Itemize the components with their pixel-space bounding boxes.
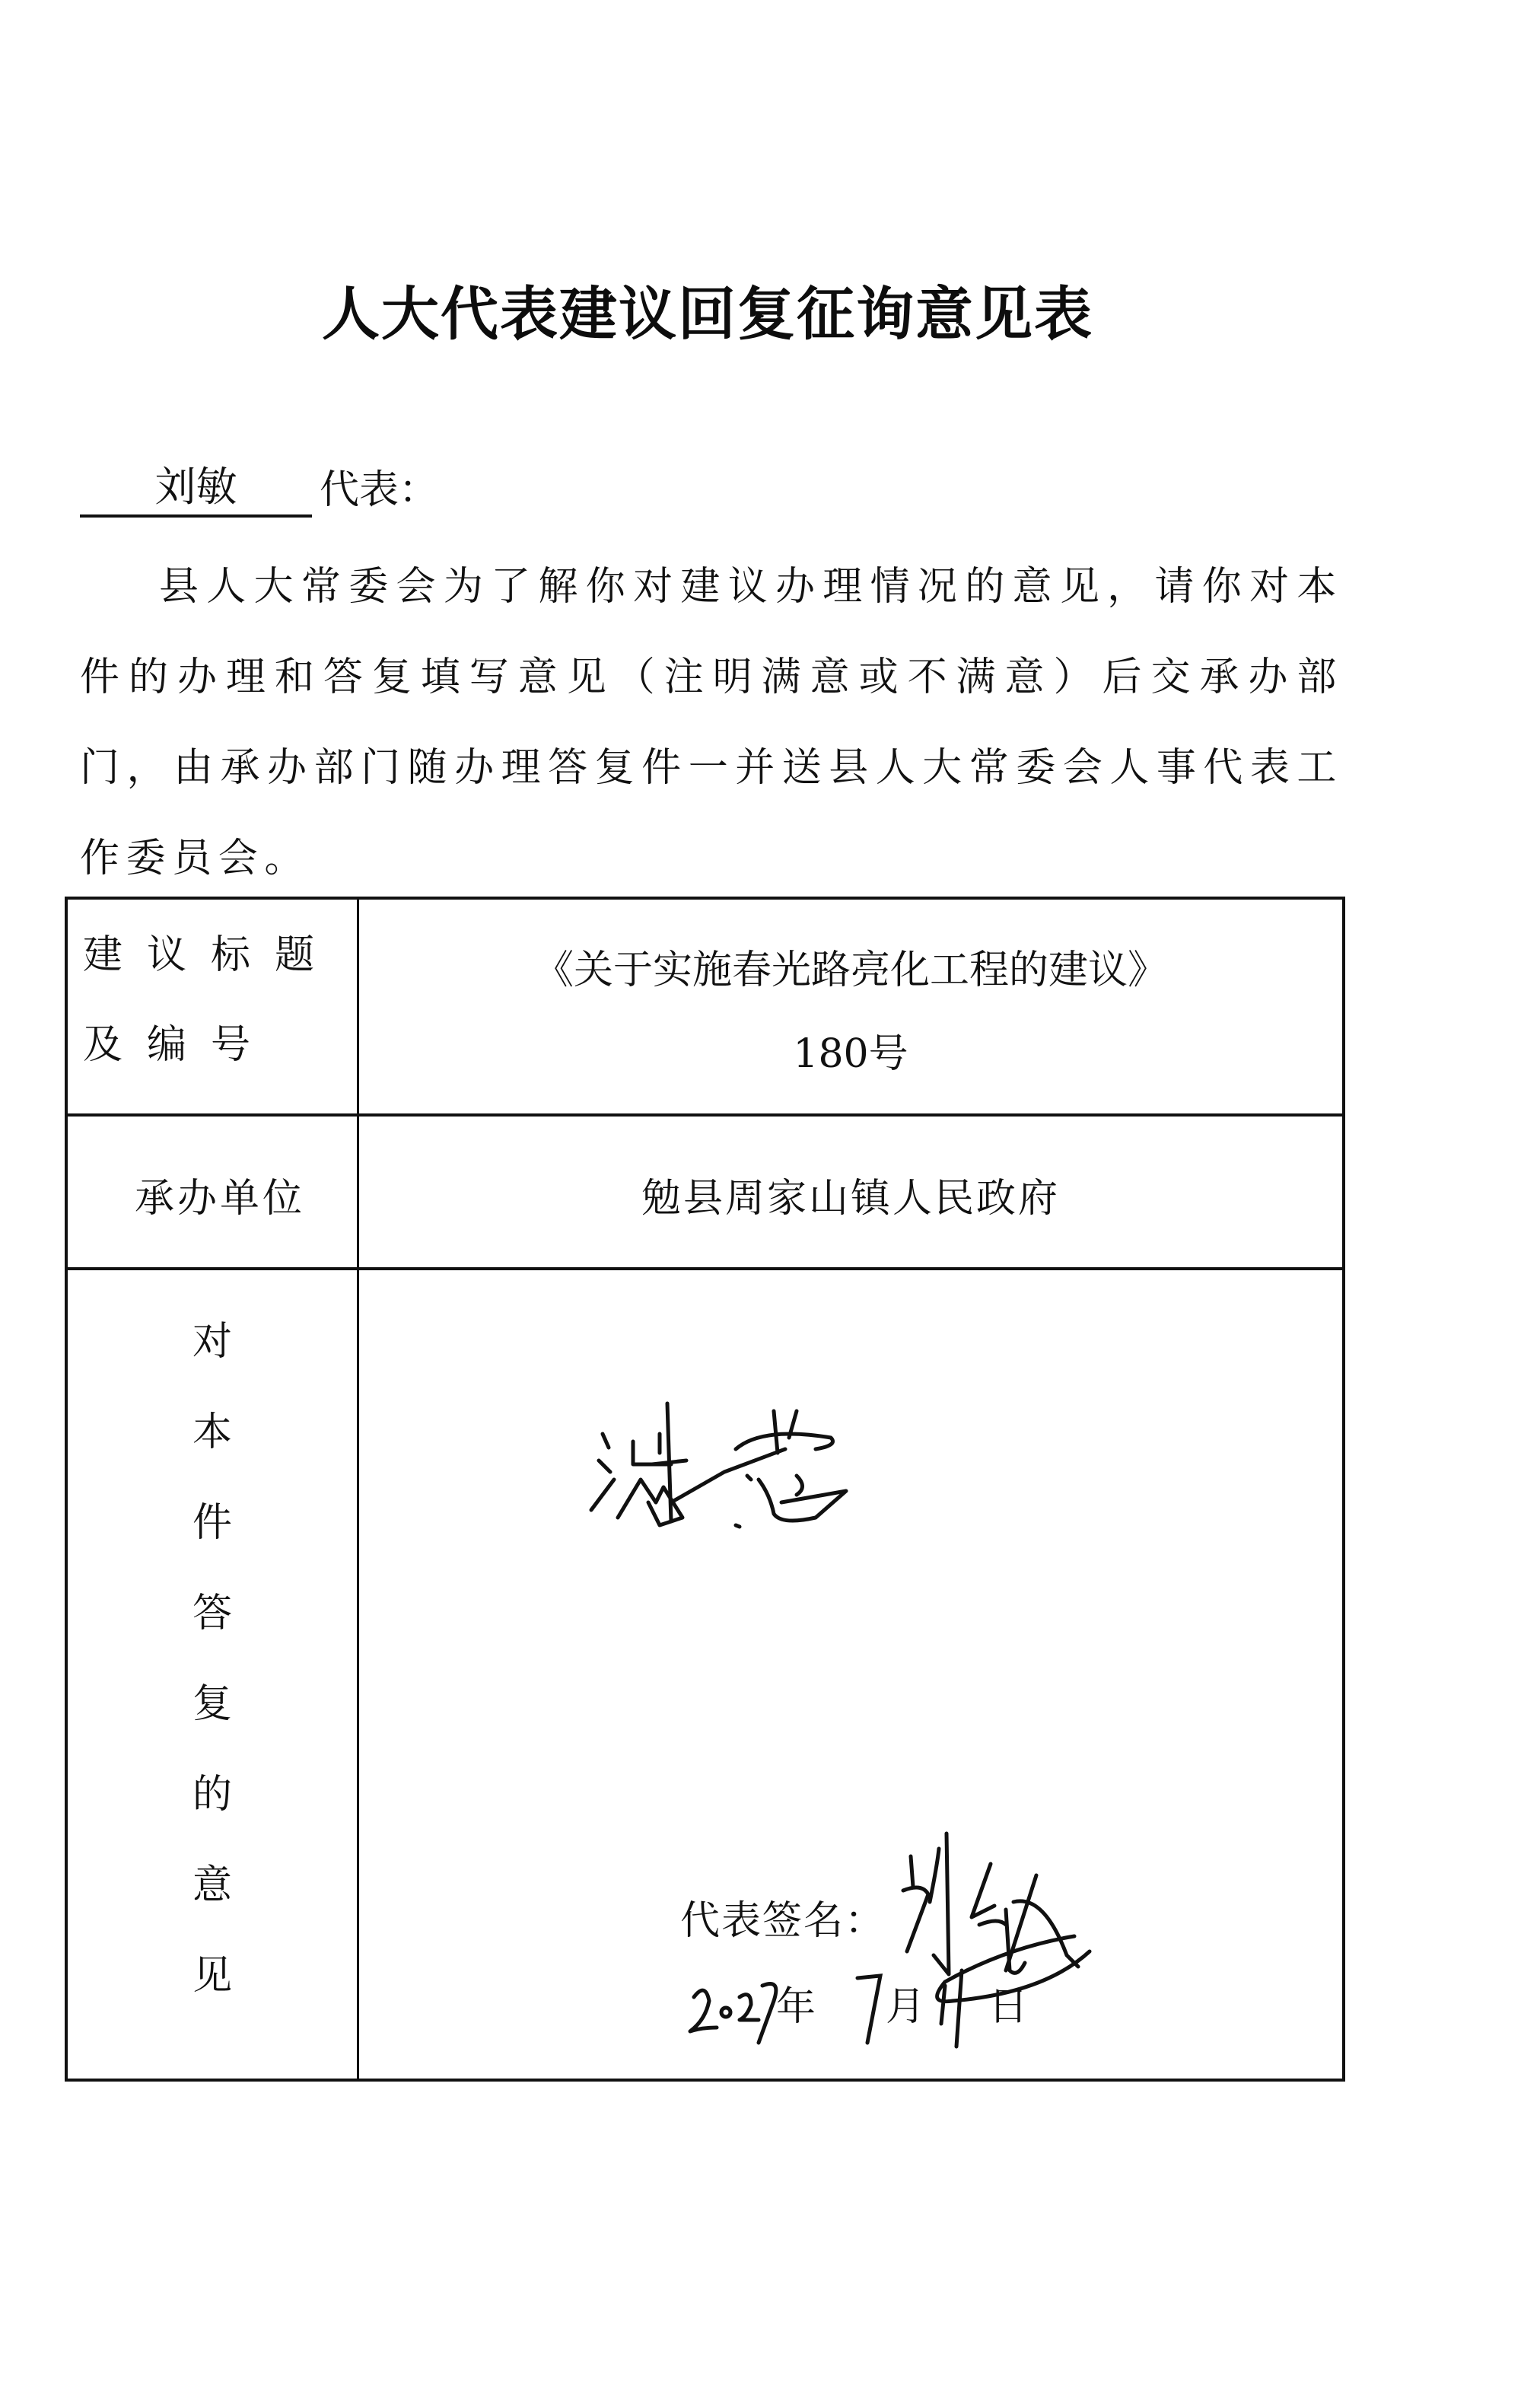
signature-label: 代表签名： xyxy=(680,1888,886,1945)
opinion-form-table: 建议标题 及编号 《关于实施春光路亮化工程的建议》 180号 承办单位 勉县周家… xyxy=(65,897,1345,2082)
value-cell: 勉县周家山镇人民政府 xyxy=(359,1117,1342,1267)
value-cell: 《关于实施春光路亮化工程的建议》 180号 xyxy=(359,900,1342,1113)
label-char: 的 xyxy=(192,1750,232,1840)
date-month: 7 xyxy=(857,1982,883,2028)
date-year-unit: 年 xyxy=(776,1974,816,2031)
value-cell: 满意 代表签名： 刘敏 xyxy=(359,1270,1342,2082)
label-char: 意 xyxy=(192,1840,232,1931)
salutation: 刘敏 代表： xyxy=(80,449,438,518)
table-row-handling-unit: 承办单位 勉县周家山镇人民政府 xyxy=(68,1117,1342,1270)
intro-paragraph: 县人大常委会为了解你对建议办理情况的意见，请你对本件的办理和答复填写意见（注明满… xyxy=(80,542,1343,904)
label-char: 本 xyxy=(192,1387,232,1478)
label-handling-unit: 承办单位 xyxy=(135,1166,305,1223)
label-cell: 承办单位 xyxy=(68,1117,357,1267)
label-cell: 建议标题 及编号 xyxy=(68,900,357,1113)
label-char: 件 xyxy=(192,1478,232,1569)
vertical-label-opinion: 对 本 件 答 复 的 意 见 xyxy=(68,1297,357,2021)
table-row-suggestion-title: 建议标题 及编号 《关于实施春光路亮化工程的建议》 180号 xyxy=(68,900,1342,1117)
suggestion-title-value: 《关于实施春光路亮化工程的建议》 xyxy=(359,938,1342,995)
label-suggestion-title: 建议标题 xyxy=(83,922,339,980)
document-title: 人大代表建议回复征询意见表 xyxy=(0,268,1415,351)
signature-text: 刘敏 xyxy=(907,1894,908,1895)
label-and-number: 及编号 xyxy=(83,1012,275,1069)
handling-unit-value: 勉县周家山镇人民政府 xyxy=(359,1166,1342,1223)
label-cell: 对 本 件 答 复 的 意 见 xyxy=(68,1270,357,2082)
date-month-unit: 月 xyxy=(886,1974,925,2031)
table-row-opinion: 对 本 件 答 复 的 意 见 xyxy=(68,1270,1342,2082)
label-char: 对 xyxy=(192,1297,232,1387)
opinion-text: 满意 xyxy=(587,1445,589,1446)
label-char: 见 xyxy=(192,1931,232,2021)
handwritten-opinion-satisfied xyxy=(587,1396,869,1548)
signature-date: 2023 年 7 月 11 日 xyxy=(686,1967,1143,2058)
date-day: 11 xyxy=(934,1982,984,2028)
delegate-name-field: 刘敏 xyxy=(80,460,312,518)
salutation-suffix: 代表： xyxy=(320,463,438,518)
label-char: 答 xyxy=(192,1569,232,1659)
date-day-unit: 日 xyxy=(988,1974,1028,2031)
label-char: 复 xyxy=(192,1659,232,1750)
suggestion-number-value: 180号 xyxy=(359,1021,1342,1078)
